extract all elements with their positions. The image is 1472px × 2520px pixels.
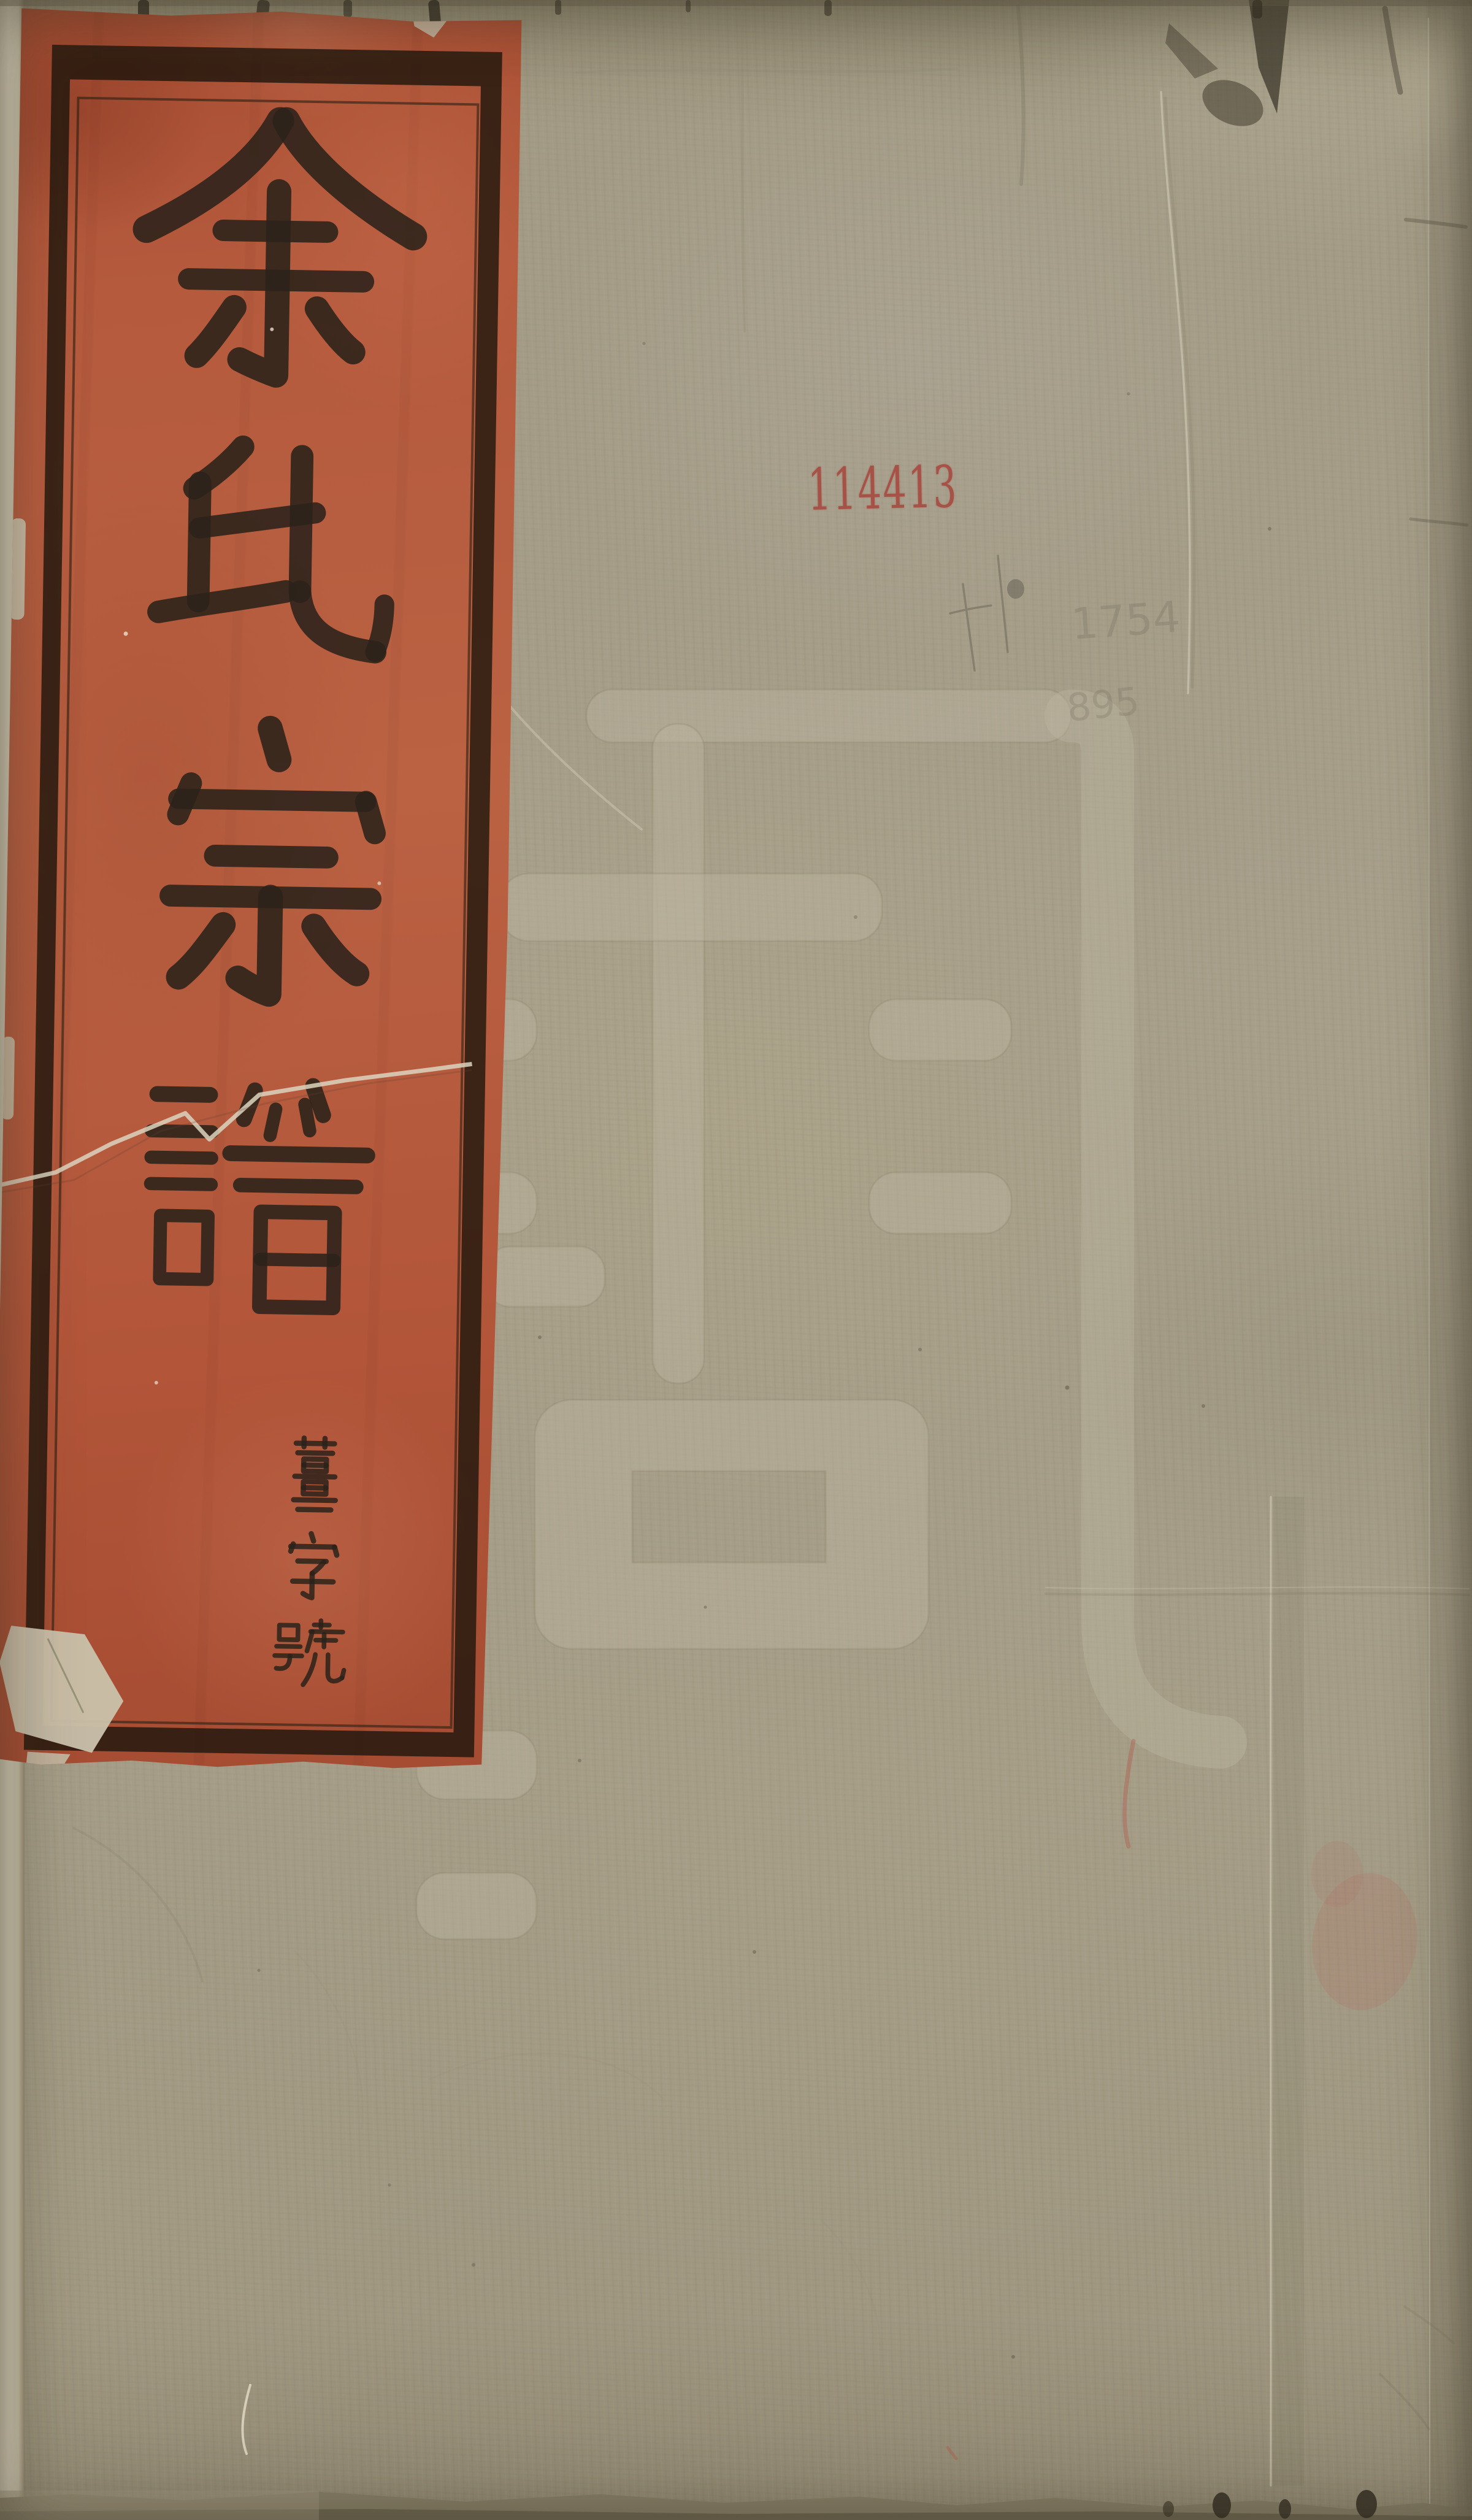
photo-vignette (0, 0, 1472, 2520)
book-cover-photo: 1754 895 (0, 0, 1472, 2520)
